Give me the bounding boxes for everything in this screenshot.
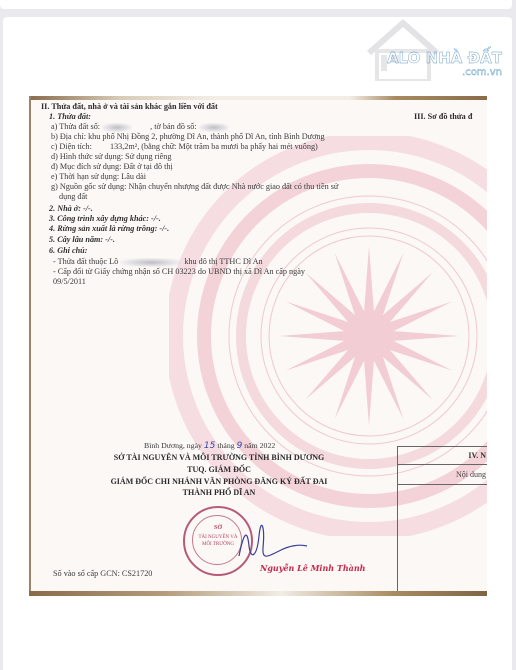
register-no-value: CS21720 (122, 569, 152, 578)
authority-line1: SỞ TÀI NGUYÊN VÀ MÔI TRƯỜNG TỈNH BÌNH DƯ… (109, 452, 329, 463)
redacted-map-sheet (199, 123, 229, 132)
paper-edge-left (29, 96, 31, 596)
paper-edge-bottom (29, 591, 487, 596)
term-label: e) Thời hạn sử dụng: (51, 172, 119, 181)
signature (229, 506, 309, 566)
certificate-photo: II. Thửa đất, nhà ở và tài sản khác gắn … (29, 96, 487, 596)
parcel-row: a) Thửa đất số: , tờ bản đồ số: (51, 122, 229, 133)
register-no-label: Số vào sổ cấp GCN: (53, 569, 120, 578)
forest-item: 4. Rừng sản xuất là rừng trồng: -/-. (49, 224, 169, 235)
address-label: b) Địa chỉ: (51, 132, 86, 141)
notes-line2: - Cấp đổi từ Giấy chứng nhận số CH 03223… (53, 267, 305, 278)
section-title: II. Thửa đất, nhà ở và tài sản khác gắn … (41, 102, 218, 113)
place-date: Bình Dương, ngày 15 tháng 9 năm 2022 (144, 441, 275, 452)
changes-table-header: IV. N (398, 447, 487, 465)
origin-value: Nhận chuyển nhượng đất được Nhà nước gia… (128, 182, 338, 191)
redacted-lot (120, 258, 182, 267)
area-row: c) Diện tích: 133,2m², (bằng chữ: Một tr… (51, 142, 318, 153)
origin-label: g) Nguồn gốc sử dụng: (51, 182, 126, 191)
usage-form-row: d) Hình thức sử dụng: Sử dụng riêng (51, 152, 171, 163)
changes-table-column: Nội dung (398, 465, 487, 485)
other-construction-item: 3. Công trình xây dựng khác: -/-. (49, 214, 161, 225)
previous-card (0, 0, 512, 9)
authority-line2: TUQ. GIÁM ĐỐC (109, 464, 329, 475)
land-heading: 1. Thửa đất: (49, 112, 91, 123)
perennial-item: 5. Cây lâu năm: -/-. (49, 235, 115, 246)
authority-line4: THÀNH PHỐ DĨ AN (109, 487, 329, 498)
notes-line3: 09/5/2011 (53, 277, 86, 288)
certificate-paper: II. Thửa đất, nhà ở và tài sản khác gắn … (29, 96, 487, 596)
authority-line3: GIÁM ĐỐC CHI NHÁNH VĂN PHÒNG ĐĂNG KÝ ĐẤT… (99, 476, 339, 487)
sign-day: 15 (204, 441, 215, 451)
notes-heading: 6. Ghi chú: (49, 246, 87, 257)
origin-row: g) Nguồn gốc sử dụng: Nhận chuyển nhượng… (51, 182, 338, 193)
purpose-row: đ) Mục đích sử dụng: Đất ở tại đô thị (51, 162, 173, 173)
address-row: b) Địa chỉ: khu phố Nhị Đồng 2, phường D… (51, 132, 325, 143)
sign-month: 9 (237, 441, 243, 451)
area-value: 133,2m², (bằng chữ: Một trăm ba mươi ba … (110, 142, 318, 151)
year-label: năm 2022 (244, 441, 275, 450)
notes-line1-prefix: - Thửa đất thuộc Lô (53, 257, 118, 266)
term-row: e) Thời hạn sử dụng: Lâu dài (51, 172, 146, 183)
address-value: khu phố Nhị Đồng 2, phường Dĩ An, thành … (88, 132, 325, 141)
map-sheet-label: , tờ bản đồ số: (150, 122, 196, 131)
place-date-prefix: Bình Dương, ngày (144, 441, 202, 450)
area-label: c) Diện tích: (51, 142, 92, 151)
watermark-brand: ALO NHÀ ĐẤT (387, 49, 502, 67)
origin-value-cont: dụng đất (59, 192, 87, 203)
notes-line1: - Thửa đất thuộc Lô khu đô thị TTHC Dĩ A… (53, 257, 263, 268)
register-number: Số vào sổ cấp GCN: CS21720 (53, 569, 152, 580)
purpose-value: Đất ở tại đô thị (123, 162, 172, 171)
changes-table: IV. N Nội dung (397, 446, 487, 596)
watermark-domain: .com.vn (462, 67, 502, 78)
month-label: tháng (217, 441, 234, 450)
house-item: 2. Nhà ở: -/-. (49, 204, 93, 215)
purpose-label: đ) Mục đích sử dụng: (51, 162, 121, 171)
parcel-no-label: a) Thửa đất số: (51, 122, 100, 131)
paper-edge-top (29, 96, 487, 100)
usage-form-label: d) Hình thức sử dụng: (51, 152, 123, 161)
signer-name: Nguyễn Lê Minh Thành (260, 563, 365, 573)
term-value: Lâu dài (121, 172, 146, 181)
usage-form-value: Sử dụng riêng (125, 152, 171, 161)
redacted-parcel-no (102, 123, 132, 132)
notes-line1-suffix: khu đô thị TTHC Dĩ An (184, 257, 262, 266)
right-section-title: III. Sơ đồ thửa đ (414, 112, 472, 123)
watermark: ALO NHÀ ĐẤT .com.vn (363, 19, 508, 81)
